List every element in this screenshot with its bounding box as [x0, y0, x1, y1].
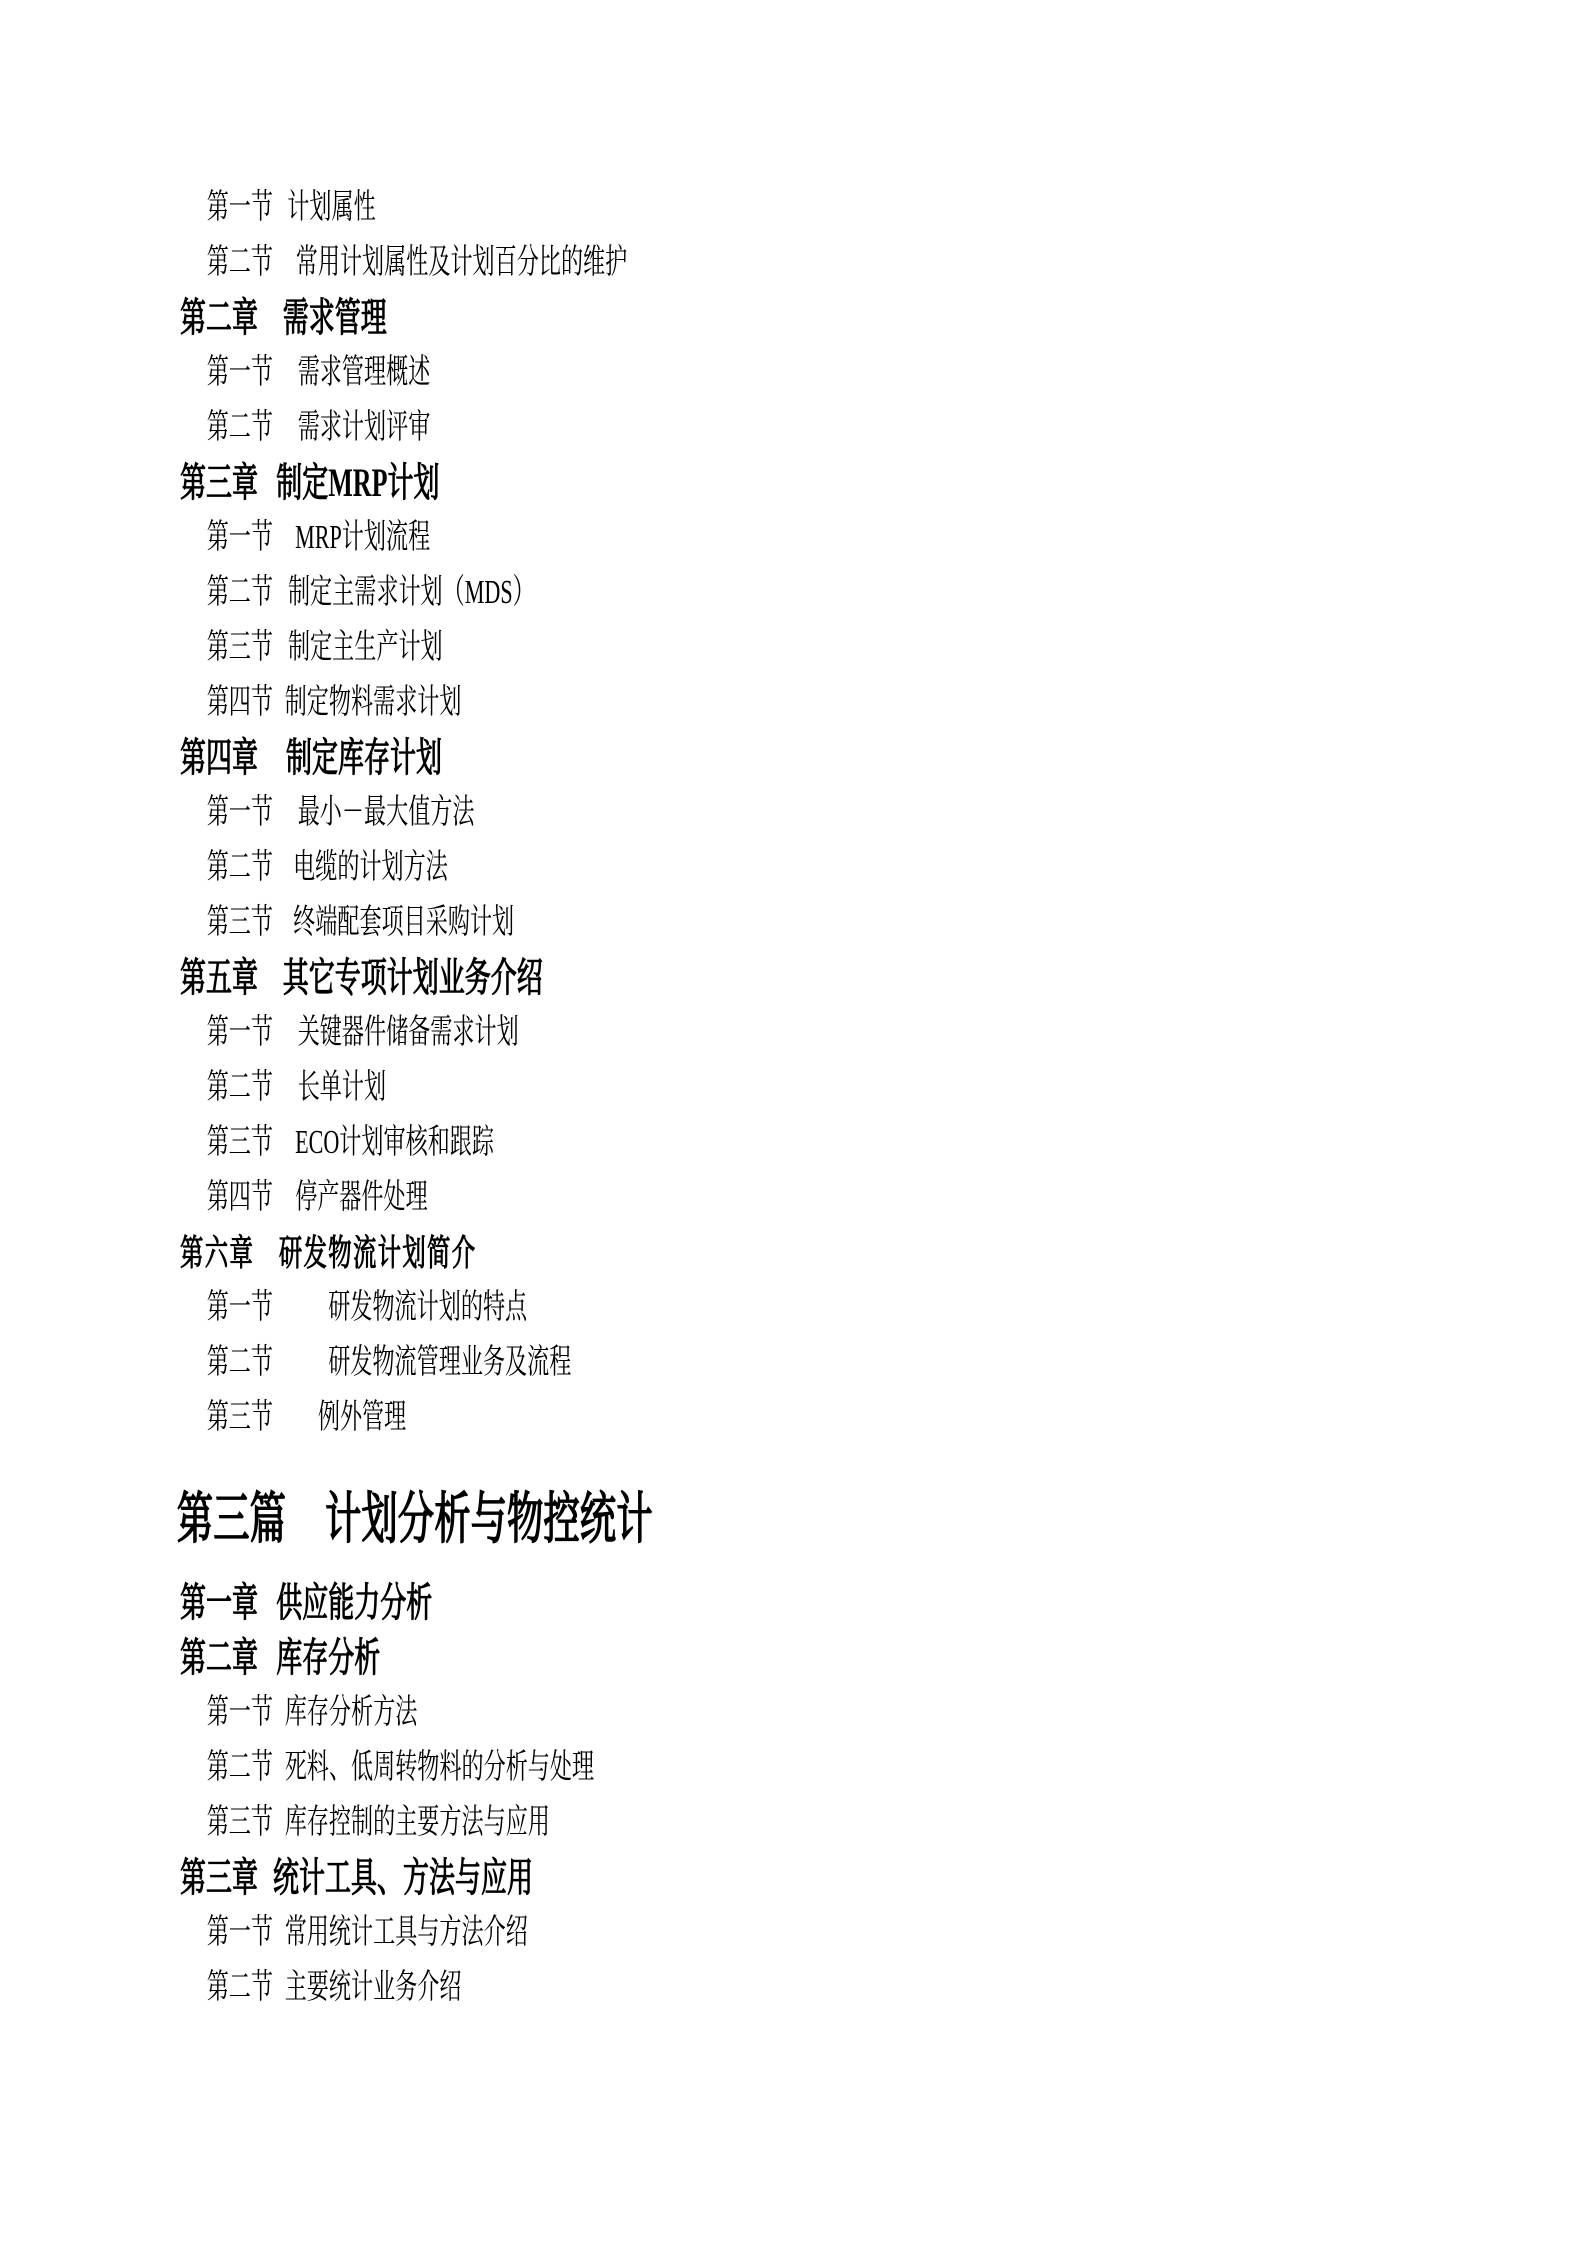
toc-section-item: 第一节MRP计划流程 — [0, 510, 1587, 565]
toc-section-item: 第一节库存分析方法 — [0, 1685, 1587, 1740]
toc-section-item: 第一节研发物流计划的特点 — [0, 1280, 1587, 1335]
toc-section-item: 第一节需求管理概述 — [0, 345, 1587, 400]
toc-chapter-heading: 第三章统计工具、方法与应用 — [0, 1850, 1587, 1905]
toc-section-item: 第一节关键器件储备需求计划 — [0, 1005, 1587, 1060]
toc-part-heading: 第三篇计划分析与物控统计 — [0, 1475, 1587, 1565]
toc-item-title: 研发物流计划简介 — [279, 1225, 477, 1280]
toc-section-item: 第二节电缆的计划方法 — [0, 840, 1587, 895]
toc-chapter-heading: 第三章制定MRP计划 — [0, 455, 1587, 510]
toc-chapter-heading: 第四章制定库存计划 — [0, 730, 1587, 785]
toc-item-title: 需求计划评审 — [298, 400, 431, 455]
toc-item-title: ECO计划审核和跟踪 — [295, 1115, 494, 1170]
table-of-contents: 第一节计划属性第二节常用计划属性及计划百分比的维护第二章需求管理第一节需求管理概… — [0, 0, 1587, 2015]
toc-item-title: 制定物料需求计划 — [285, 675, 462, 730]
toc-section-item: 第二节研发物流管理业务及流程 — [0, 1335, 1587, 1390]
toc-item-number: 第二章 — [180, 1630, 258, 1685]
toc-item-title: 终端配套项目采购计划 — [293, 895, 514, 950]
toc-section-item: 第一节计划属性 — [0, 180, 1587, 235]
toc-item-title: 制定MRP计划 — [276, 455, 439, 510]
toc-item-number: 第一节 — [207, 1280, 273, 1335]
toc-item-title: 常用计划属性及计划百分比的维护 — [296, 235, 628, 290]
toc-item-number: 第一节 — [207, 1685, 273, 1740]
toc-item-number: 第一节 — [207, 345, 273, 400]
toc-item-title: 例外管理 — [318, 1390, 406, 1445]
toc-section-item: 第四节停产器件处理 — [0, 1170, 1587, 1225]
toc-item-number: 第二节 — [207, 840, 273, 895]
toc-item-number: 第四节 — [207, 675, 273, 730]
toc-item-title: 停产器件处理 — [295, 1170, 428, 1225]
toc-item-title: 计划分析与物控统计 — [325, 1475, 653, 1565]
toc-item-title: 长单计划 — [298, 1060, 386, 1115]
toc-item-title: 需求管理 — [283, 290, 387, 345]
toc-section-item: 第三节终端配套项目采购计划 — [0, 895, 1587, 950]
toc-item-number: 第三篇 — [177, 1475, 286, 1565]
toc-item-number: 第三章 — [180, 455, 258, 510]
toc-item-number: 第一节 — [207, 1905, 273, 1960]
toc-item-title: 电缆的计划方法 — [293, 840, 448, 895]
toc-item-title: 其它专项计划业务介绍 — [283, 950, 543, 1005]
toc-item-number: 第一节 — [207, 785, 273, 840]
toc-item-number: 第三节 — [207, 895, 273, 950]
toc-item-title: 供应能力分析 — [276, 1575, 432, 1630]
toc-item-number: 第二节 — [207, 1060, 273, 1115]
toc-chapter-heading: 第六章研发物流计划简介 — [0, 1225, 1587, 1280]
toc-section-item: 第三节例外管理 — [0, 1390, 1587, 1445]
toc-item-title: 库存控制的主要方法与应用 — [285, 1795, 550, 1850]
toc-item-number: 第五章 — [180, 950, 258, 1005]
toc-item-title: 主要统计业务介绍 — [285, 1960, 462, 2015]
toc-item-title: MRP计划流程 — [295, 510, 430, 565]
toc-item-title: 制定主需求计划（MDS） — [288, 565, 535, 620]
toc-chapter-heading: 第五章其它专项计划业务介绍 — [0, 950, 1587, 1005]
toc-item-number: 第一章 — [180, 1575, 258, 1630]
toc-section-item: 第三节库存控制的主要方法与应用 — [0, 1795, 1587, 1850]
toc-item-number: 第一节 — [207, 1005, 273, 1060]
toc-item-title: 需求管理概述 — [298, 345, 431, 400]
toc-item-number: 第二节 — [207, 400, 273, 455]
toc-item-number: 第三节 — [207, 1390, 273, 1445]
toc-item-number: 第四节 — [207, 1170, 273, 1225]
toc-item-title: 库存分析 — [276, 1630, 380, 1685]
toc-section-item: 第一节常用统计工具与方法介绍 — [0, 1905, 1587, 1960]
toc-item-number: 第三节 — [207, 1115, 273, 1170]
toc-section-item: 第二节死料、低周转物料的分析与处理 — [0, 1740, 1587, 1795]
toc-item-number: 第二节 — [207, 235, 273, 290]
toc-section-item: 第三节制定主生产计划 — [0, 620, 1587, 675]
toc-item-number: 第二节 — [207, 1960, 273, 2015]
toc-section-item: 第二节制定主需求计划（MDS） — [0, 565, 1587, 620]
toc-item-title: 常用统计工具与方法介绍 — [285, 1905, 528, 1960]
toc-item-number: 第二节 — [207, 565, 273, 620]
toc-item-title: 制定主生产计划 — [288, 620, 443, 675]
toc-item-title: 研发物流管理业务及流程 — [328, 1335, 571, 1390]
toc-item-number: 第四章 — [180, 730, 258, 785]
toc-chapter-heading: 第二章库存分析 — [0, 1630, 1587, 1685]
toc-section-item: 第一节最小－最大值方法 — [0, 785, 1587, 840]
toc-section-item: 第三节ECO计划审核和跟踪 — [0, 1115, 1587, 1170]
document-page: 第一节计划属性第二节常用计划属性及计划百分比的维护第二章需求管理第一节需求管理概… — [0, 0, 1587, 2245]
toc-item-number: 第二节 — [207, 1335, 273, 1390]
toc-item-number: 第二节 — [207, 1740, 273, 1795]
toc-section-item: 第二节需求计划评审 — [0, 400, 1587, 455]
toc-item-title: 计划属性 — [287, 180, 375, 235]
toc-section-item: 第四节制定物料需求计划 — [0, 675, 1587, 730]
toc-item-number: 第六章 — [180, 1225, 254, 1280]
toc-chapter-heading: 第一章供应能力分析 — [0, 1575, 1587, 1630]
toc-section-item: 第二节常用计划属性及计划百分比的维护 — [0, 235, 1587, 290]
toc-item-title: 关键器件储备需求计划 — [298, 1005, 519, 1060]
toc-item-title: 研发物流计划的特点 — [328, 1280, 527, 1335]
toc-item-number: 第三节 — [207, 620, 273, 675]
toc-item-number: 第三章 — [180, 1850, 258, 1905]
toc-item-title: 统计工具、方法与应用 — [273, 1850, 533, 1905]
toc-item-number: 第一节 — [207, 180, 273, 235]
toc-item-number: 第二章 — [180, 290, 258, 345]
toc-section-item: 第二节主要统计业务介绍 — [0, 1960, 1587, 2015]
toc-item-title: 库存分析方法 — [285, 1685, 418, 1740]
toc-item-title: 死料、低周转物料的分析与处理 — [285, 1740, 594, 1795]
toc-item-title: 制定库存计划 — [286, 730, 442, 785]
toc-chapter-heading: 第二章需求管理 — [0, 290, 1587, 345]
toc-item-number: 第三节 — [207, 1795, 273, 1850]
toc-section-item: 第二节长单计划 — [0, 1060, 1587, 1115]
toc-item-number: 第一节 — [207, 510, 273, 565]
toc-item-title: 最小－最大值方法 — [298, 785, 475, 840]
